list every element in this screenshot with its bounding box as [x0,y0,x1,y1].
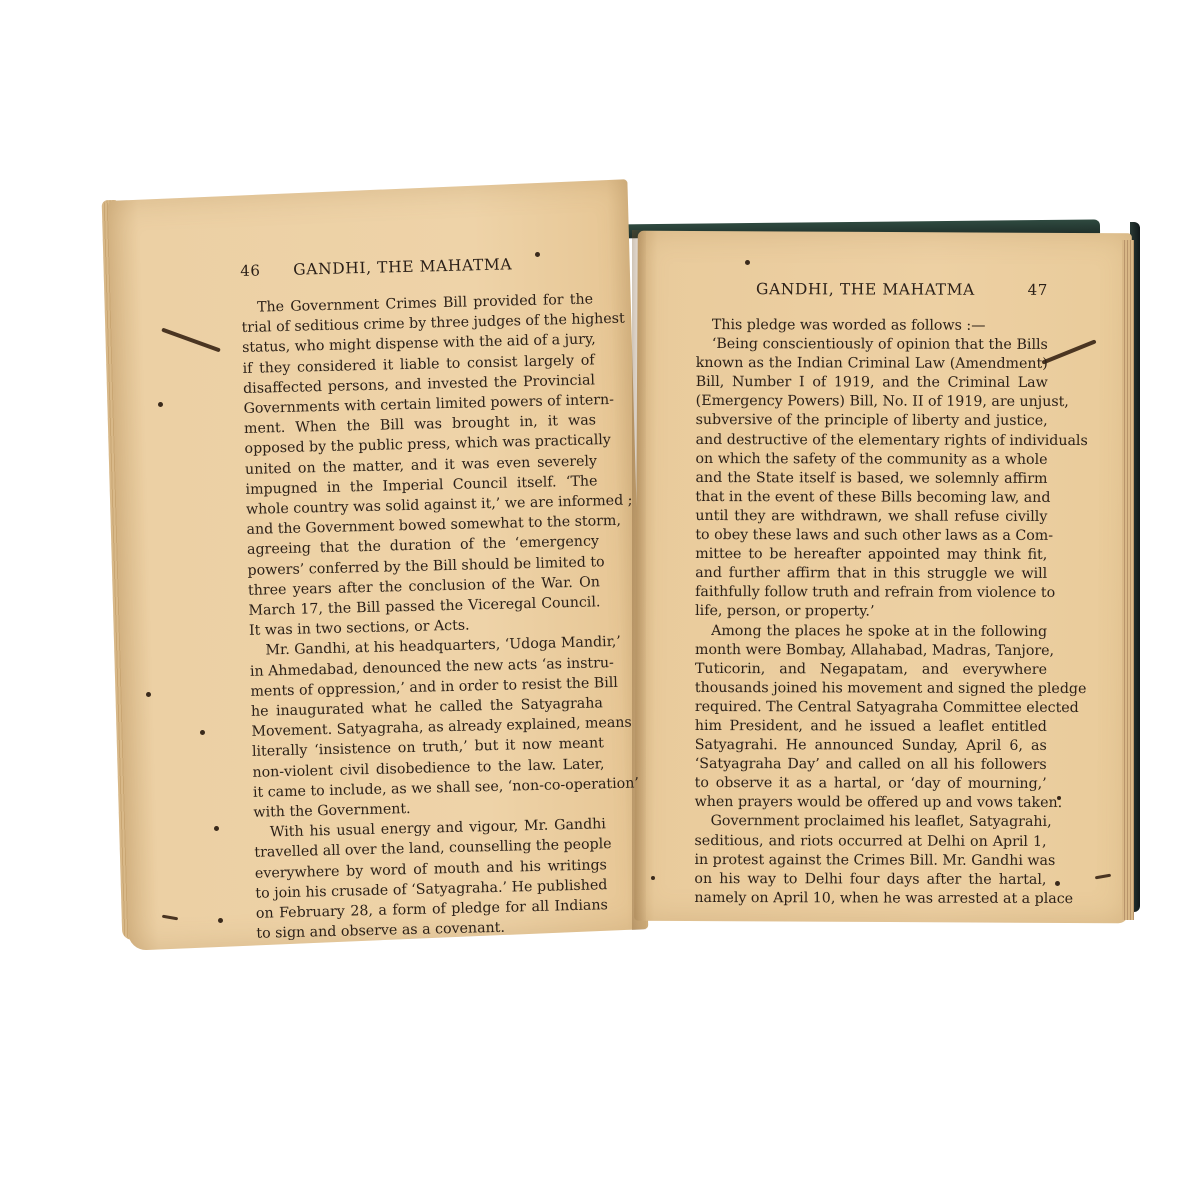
page-number-right: 47 [1028,281,1048,299]
text-line: on which the safety of the community as … [696,450,1048,470]
text-line: to obey these laws and such other laws a… [695,526,1047,546]
running-title-right: GANDHI, THE MAHATMA [756,280,975,299]
page-number-left: 46 [240,262,261,280]
binding-dot [214,826,219,831]
text-line: faithfully follow truth and refrain from… [695,583,1047,603]
text-line: until they are withdrawn, we shall refus… [695,507,1047,527]
binding-dot [158,402,163,407]
text-line: mittee to be hereafter appointed may thi… [695,545,1047,565]
open-book: 46 GANDHI, THE MAHATMA The Government Cr… [0,0,1200,1200]
binding-dot [146,692,151,697]
text-line: ‘Being conscientiously of opinion that t… [696,335,1048,355]
binding-dot [200,730,205,735]
binding-dot [218,918,223,923]
text-line: required. The Central Satyagraha Committ… [695,698,1047,718]
text-line: (Emergency Powers) Bill, No. II of 1919,… [696,392,1048,412]
text-line: seditious, and riots occurred at Delhi o… [695,832,1047,852]
text-line: to observe it as a hartal, or ‘day of mo… [695,774,1047,794]
text-line: month were Bombay, Allahabad, Madras, Ta… [695,641,1047,661]
text-line: Bill, Number I of 1919, and the Criminal… [696,373,1048,393]
right-page-text: GANDHI, THE MAHATMA 47 This pledge was w… [694,280,1048,909]
text-line: ‘Satyagraha Day’ and called on all his f… [695,755,1047,775]
text-line: and the State itself is based, we solemn… [695,469,1047,489]
text-line: subversive of the principle of liberty a… [696,411,1048,431]
binding-dot [651,876,655,880]
text-line: on his way to Delhi four days after the … [694,870,1046,890]
left-page-text: 46 GANDHI, THE MAHATMA The Government Cr… [240,253,609,944]
right-running-head: GANDHI, THE MAHATMA 47 [696,280,1048,299]
text-line: when prayers would be offered up and vow… [695,793,1047,813]
left-page-body: The Government Crimes Bill provided for … [241,289,609,944]
text-line: and further affirm that in this struggle… [695,564,1047,584]
text-line: known as the Indian Criminal Law (Amendm… [696,354,1048,374]
text-line: that in the event of these Bills becomin… [695,488,1047,508]
text-line: and destructive of the elementary rights… [696,431,1048,451]
text-line: life, person, or property.’ [695,602,1047,622]
book-gutter [632,230,646,930]
text-line: This pledge was worded as follows :— [696,316,1048,336]
text-line: Government proclaimed his leaflet, Satya… [695,812,1047,832]
right-page-edges [1122,240,1134,920]
text-line: Satyagrahi. He announced Sunday, April 6… [695,736,1047,756]
binding-dot [1055,881,1060,886]
right-page-body: This pledge was worded as follows :—‘Bei… [694,316,1048,909]
text-line: in protest against the Crimes Bill. Mr. … [694,851,1046,871]
text-line: him President, and he issued a leaflet e… [695,717,1047,737]
text-line: Among the places he spoke at in the foll… [695,621,1047,641]
text-line: namely on April 10, when he was arrested… [694,889,1046,909]
text-line: Tuticorin, and Negapatam, and everywhere [695,660,1047,680]
text-line: thousands joined his movement and signed… [695,679,1047,699]
binding-dot [745,260,750,265]
